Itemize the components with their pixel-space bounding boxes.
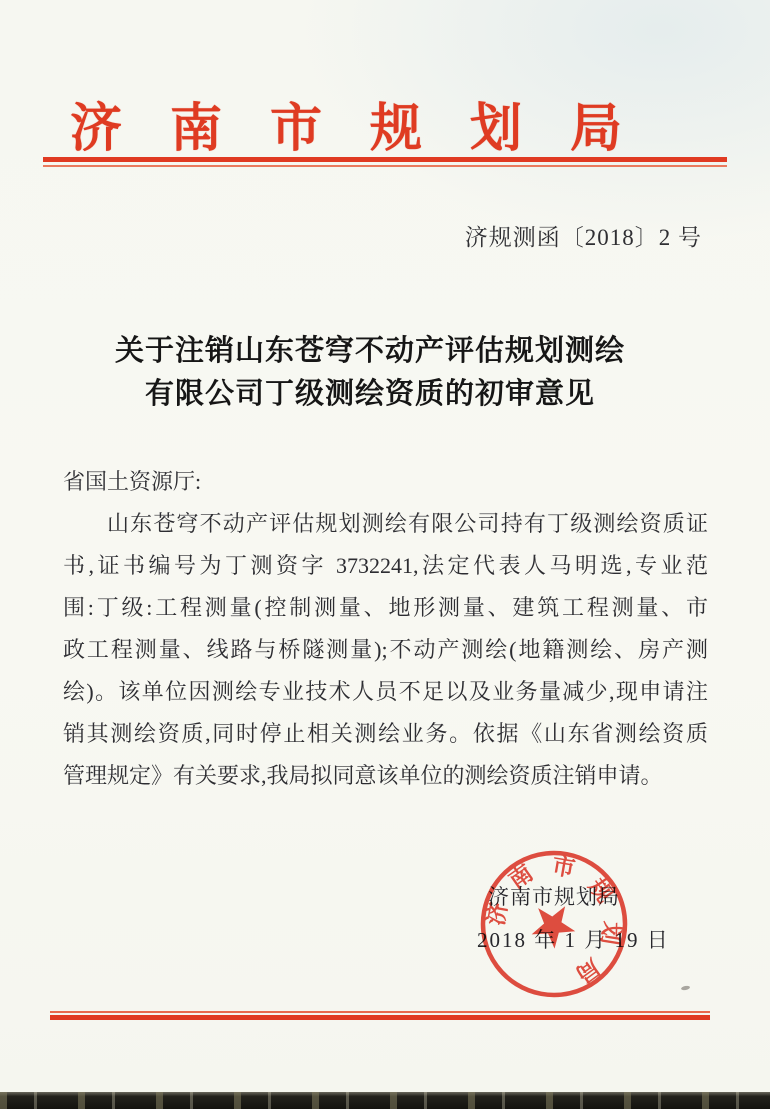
document-title-line2: 有限公司丁级测绘资质的初审意见 — [35, 373, 705, 416]
letterhead-rule-thick — [43, 157, 727, 162]
body-line: 政工程测量、线路与桥隧测量);不动产测绘(地籍测绘、房产测 — [63, 629, 708, 671]
body-line: 管理规定》有关要求,我局拟同意该单位的测绘资质注销申请。 — [63, 755, 708, 797]
document-body: 省国土资源厅: 山东苍穹不动产评估规划测绘有限公司持有丁级测绘资质证 书,证书编… — [63, 461, 708, 797]
footer-rule-thin — [50, 1011, 710, 1013]
footer-rule-thick — [50, 1015, 710, 1020]
scan-speck — [681, 985, 691, 991]
letterhead-agency-title: 济南市规划局 — [0, 86, 740, 161]
document-title-line1: 关于注销山东苍穹不动产评估规划测绘 — [35, 330, 705, 373]
letterhead-rule-thin — [43, 165, 727, 167]
seal-star-icon — [525, 895, 584, 953]
body-line: 山东苍穹不动产评估规划测绘有限公司持有丁级测绘资质证 — [63, 503, 708, 545]
official-seal: 济南市规划局 — [480, 850, 628, 998]
document-number: 济规测函〔2018〕2 号 — [465, 219, 702, 252]
body-line: 绘)。该单位因测绘专业技术人员不足以及业务量减少,现申请注 — [63, 671, 708, 713]
scanned-document-page: 济南市规划局 济规测函〔2018〕2 号 关于注销山东苍穹不动产评估规划测绘 有… — [0, 0, 770, 1109]
body-line: 围:丁级:工程测量(控制测量、地形测量、建筑工程测量、市 — [63, 587, 708, 629]
salutation: 省国土资源厅: — [63, 461, 708, 503]
document-title: 关于注销山东苍穹不动产评估规划测绘 有限公司丁级测绘资质的初审意见 — [35, 330, 705, 416]
scanner-edge-strip — [0, 1092, 770, 1109]
body-line: 销其测绘资质,同时停止相关测绘业务。依据《山东省测绘资质 — [63, 713, 708, 755]
body-line: 书,证书编号为丁测资字 3732241,法定代表人马明选,专业范 — [63, 545, 708, 587]
